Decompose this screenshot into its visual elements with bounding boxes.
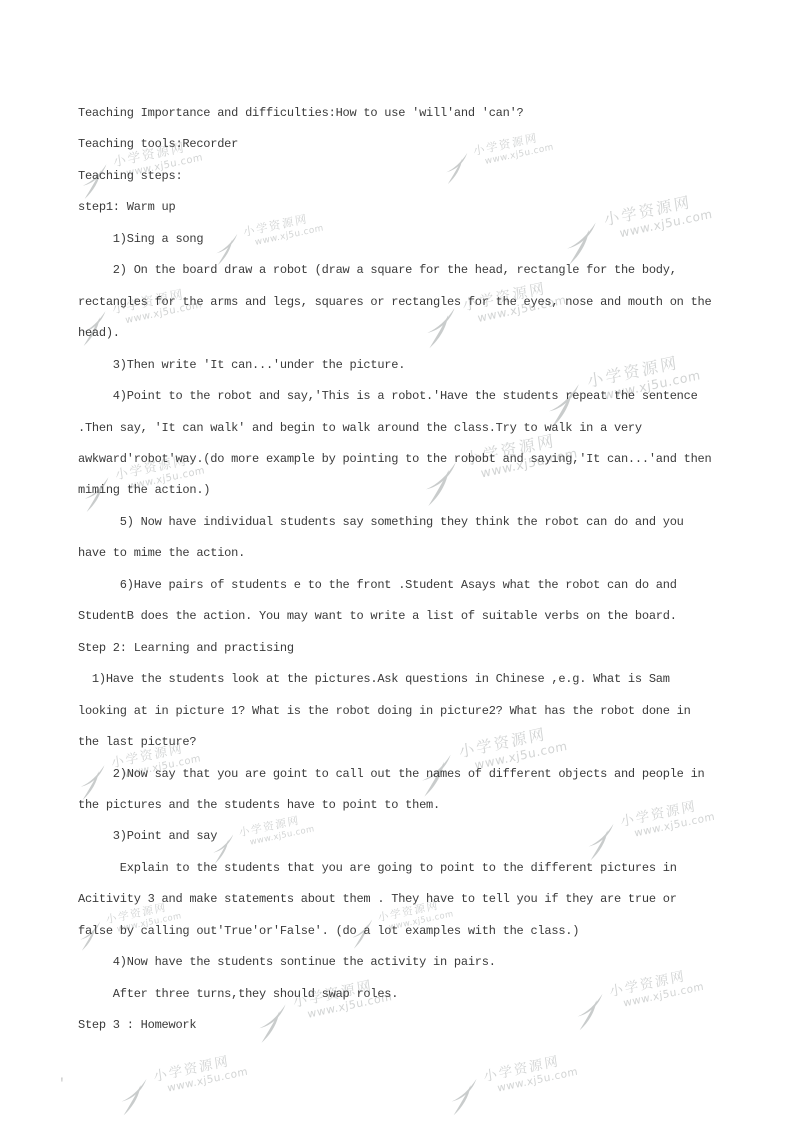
watermark-site-url: www.xj5u.com: [485, 1066, 579, 1098]
text-line: Teaching steps:: [78, 161, 758, 192]
text-line: head).: [78, 318, 758, 349]
stray-mark: ': [58, 1076, 66, 1091]
watermark-site-url: www.xj5u.com: [155, 1066, 249, 1098]
text-line: 1)Have the students look at the pictures…: [78, 664, 758, 695]
swallow-logo-icon: [446, 1074, 486, 1122]
text-line: Explain to the students that you are goi…: [78, 853, 758, 884]
text-line: 5) Now have individual students say some…: [78, 507, 758, 538]
text-line: the last picture?: [78, 727, 758, 758]
text-line: Teaching tools:Recorder: [78, 129, 758, 160]
text-line: 1)Sing a song: [78, 224, 758, 255]
text-line: 3)Point and say: [78, 821, 758, 852]
text-line: looking at in picture 1? What is the rob…: [78, 696, 758, 727]
watermark-text: 小学资源网 www.xj5u.com: [483, 1051, 579, 1097]
watermark-site-name: 小学资源网: [153, 1051, 247, 1086]
watermark-text: 小学资源网 www.xj5u.com: [153, 1051, 249, 1097]
text-line: 4)Now have the students sontinue the act…: [78, 947, 758, 978]
text-line: 2) On the board draw a robot (draw a squ…: [78, 255, 758, 286]
text-line: 2)Now say that you are goint to call out…: [78, 759, 758, 790]
document-page: 小学资源网 www.xj5u.com 小学资源网 www.xj5u.com 小学…: [0, 0, 800, 1132]
watermark-site-name: 小学资源网: [483, 1051, 577, 1086]
swallow-logo-icon: [116, 1074, 156, 1122]
text-line: 4)Point to the robot and say,'This is a …: [78, 381, 758, 412]
text-line: Step 2: Learning and practising: [78, 633, 758, 664]
text-line: .Then say, 'It can walk' and begin to wa…: [78, 413, 758, 444]
text-line: Acitivity 3 and make statements about th…: [78, 884, 758, 915]
text-line: awkward'robot'way.(do more example by po…: [78, 444, 758, 475]
text-line: rectangles for the arms and legs, square…: [78, 287, 758, 318]
text-line: 6)Have pairs of students e to the front …: [78, 570, 758, 601]
text-line: have to mime the action.: [78, 538, 758, 569]
text-line: Teaching Importance and difficulties:How…: [78, 98, 758, 129]
document-text: Teaching Importance and difficulties:How…: [78, 98, 758, 1042]
text-line: After three turns,they should swap roles…: [78, 979, 758, 1010]
text-line: miming the action.): [78, 475, 758, 506]
text-line: step1: Warm up: [78, 192, 758, 223]
text-line: Step 3 : Homework: [78, 1010, 758, 1041]
text-line: the pictures and the students have to po…: [78, 790, 758, 821]
text-line: 3)Then write 'It can...'under the pictur…: [78, 350, 758, 381]
text-line: StudentB does the action. You may want t…: [78, 601, 758, 632]
site-watermark: 小学资源网 www.xj5u.com: [446, 1051, 585, 1123]
site-watermark: 小学资源网 www.xj5u.com: [116, 1051, 255, 1123]
text-line: false by calling out'True'or'False'. (do…: [78, 916, 758, 947]
